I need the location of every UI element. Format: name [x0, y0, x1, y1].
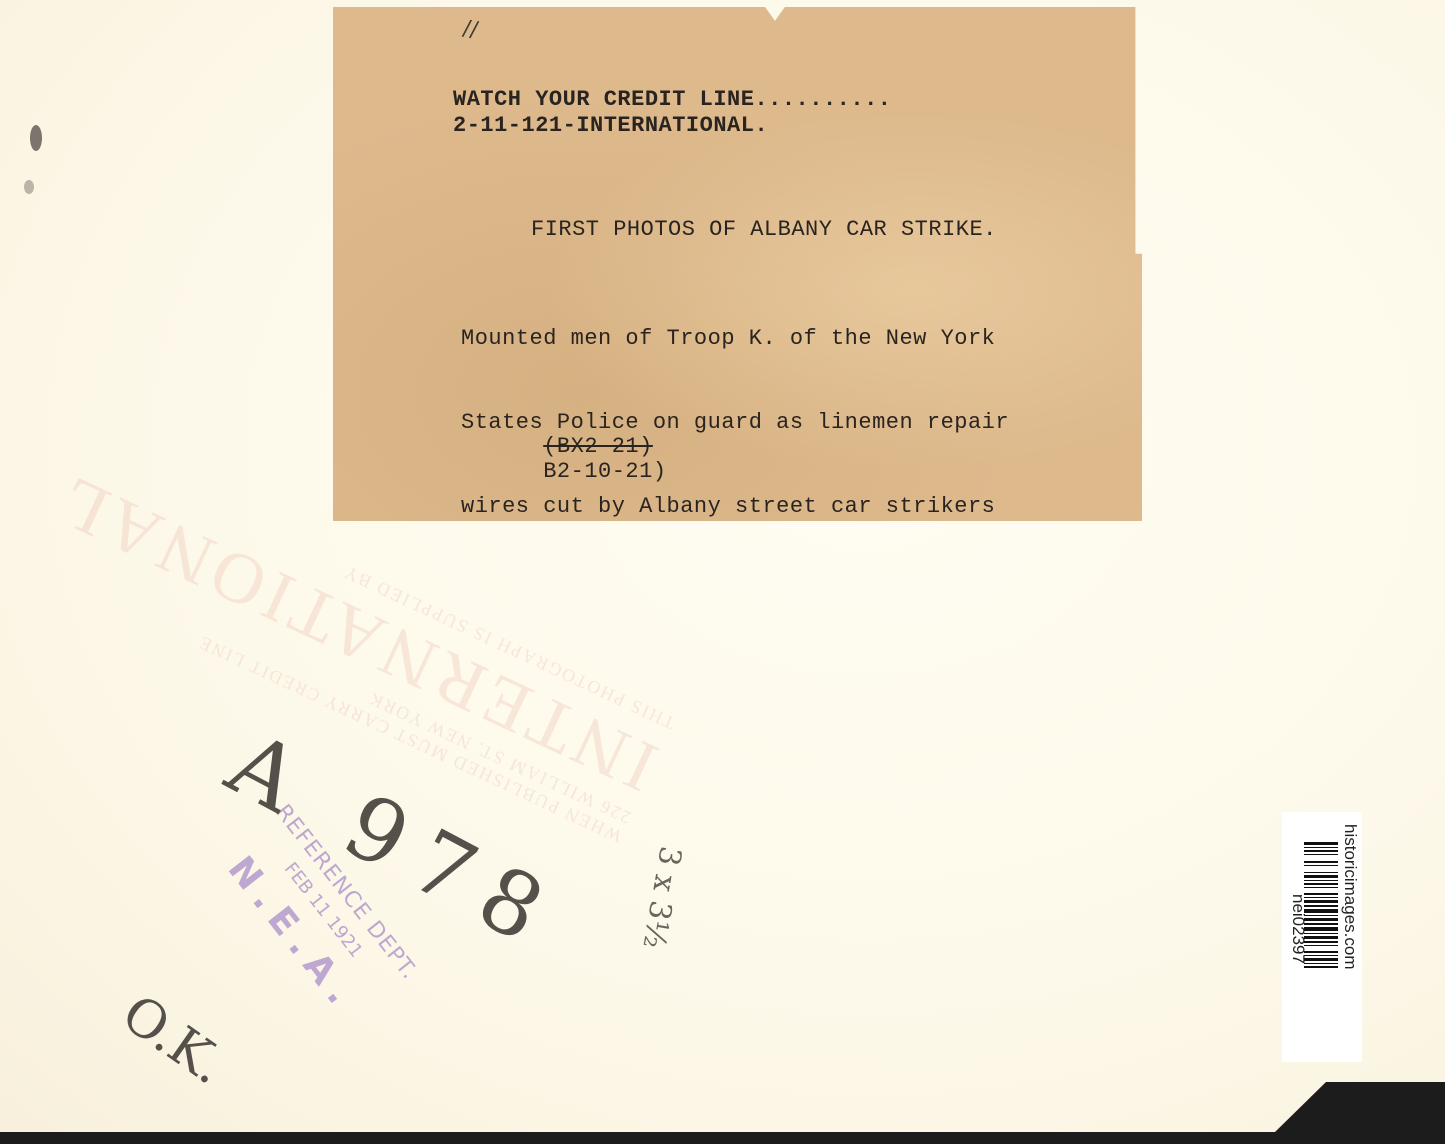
photo-back-paper: WHEN PUBLISHED MUST CARRY CREDIT LINE 22… [0, 0, 1445, 1132]
ink-smudge [24, 180, 34, 194]
caption-headline: FIRST PHOTOS OF ALBANY CAR STRIKE. [531, 217, 997, 242]
credit-date-agency: 2-11-121-INTERNATIONAL. [453, 113, 768, 138]
pencil-mark: // [461, 16, 480, 43]
reference-code-line: (BX2-21) B2-10-21) [461, 409, 667, 509]
ink-smudge [30, 125, 42, 151]
caption-sticker: // WATCH YOUR CREDIT LINE.......... 2-11… [333, 7, 1156, 521]
caption-line: Mounted men of Troop K. of the New York [461, 325, 1009, 353]
reference-code: B2-10-21) [543, 459, 666, 484]
barcode-id-text: nei02397 [1288, 894, 1308, 964]
credit-line-notice: WATCH YOUR CREDIT LINE.......... [453, 87, 891, 112]
barcode-site-text: historicimages.com [1340, 824, 1360, 970]
struck-reference-code: (BX2-21) [543, 434, 653, 459]
torn-corner [1275, 1082, 1445, 1132]
barcode-label: historicimages.com nei02397 [1282, 812, 1362, 1062]
barcode-icon [1304, 842, 1338, 1012]
handwritten-size-note: 3 x 3½ [635, 844, 687, 952]
